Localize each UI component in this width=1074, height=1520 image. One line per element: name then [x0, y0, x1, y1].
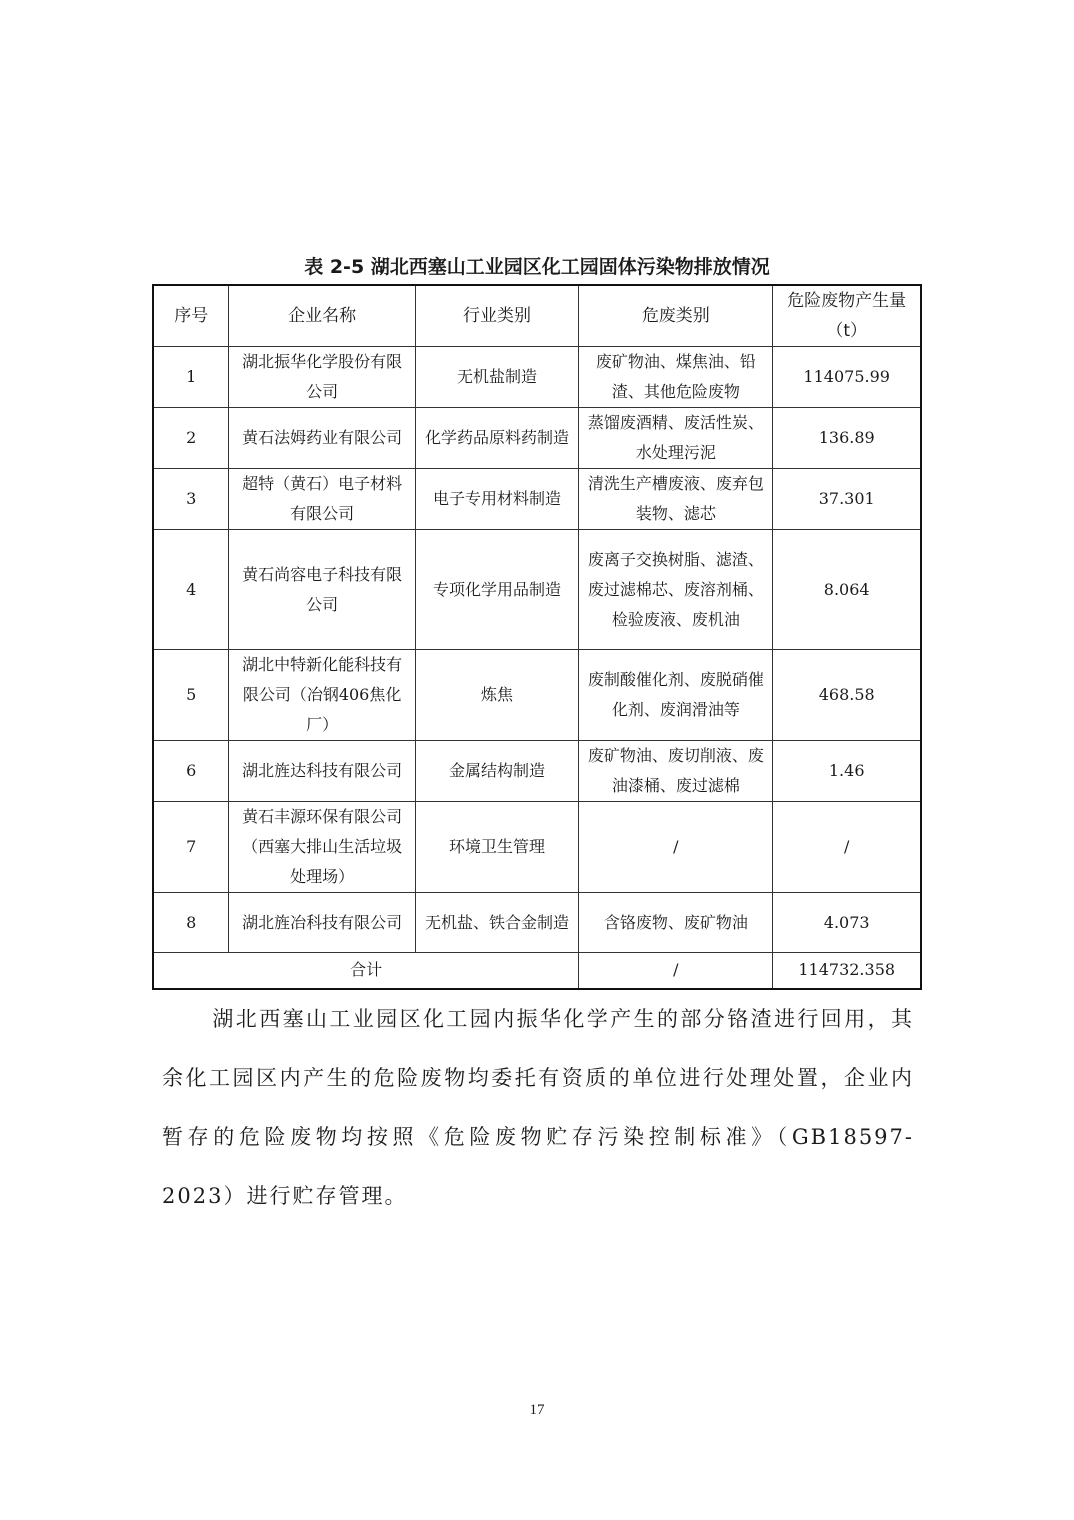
cell-industry: 无机盐、铁合金制造: [415, 893, 579, 953]
cell-industry: 炼焦: [415, 650, 579, 741]
body-paragraph: 湖北西塞山工业园区化工园内振华化学产生的部分铬渣进行回用，其余化工园区内产生的危…: [162, 990, 914, 1226]
cell-no: 5: [153, 650, 229, 741]
cell-company: 湖北旌冶科技有限公司: [229, 893, 415, 953]
cell-no: 3: [153, 469, 229, 530]
page-number: 17: [0, 1402, 1074, 1419]
cell-no: 6: [153, 741, 229, 802]
cell-no: 1: [153, 347, 229, 408]
cell-company: 湖北振华化学股份有限公司: [229, 347, 415, 408]
cell-industry: 无机盐制造: [415, 347, 579, 408]
cell-company: 超特（黄石）电子材料有限公司: [229, 469, 415, 530]
cell-waste: 蒸馏废酒精、废活性炭、水处理污泥: [579, 408, 773, 469]
table-row: 7 黄石丰源环保有限公司（西塞大排山生活垃圾处理场） 环境卫生管理 / /: [153, 802, 921, 893]
table-caption: 表 2-5 湖北西塞山工业园区化工园固体污染物排放情况: [0, 252, 1074, 279]
table-row: 4 黄石尚容电子科技有限公司 专项化学用品制造 废离子交换树脂、滤渣、废过滤棉芯…: [153, 530, 921, 650]
table-row: 8 湖北旌冶科技有限公司 无机盐、铁合金制造 含铬废物、废矿物油 4.073: [153, 893, 921, 953]
header-no: 序号: [153, 285, 229, 347]
cell-waste: /: [579, 802, 773, 893]
total-amount: 114732.358: [773, 953, 921, 989]
waste-table: 序号 企业名称 行业类别 危废类别 危险废物产生量（t） 1 湖北振华化学股份有…: [152, 284, 922, 990]
cell-no: 2: [153, 408, 229, 469]
total-label: 合计: [153, 953, 579, 989]
cell-amount: 468.58: [773, 650, 921, 741]
table-row: 3 超特（黄石）电子材料有限公司 电子专用材料制造 清洗生产槽废液、废弃包装物、…: [153, 469, 921, 530]
cell-waste: 清洗生产槽废液、废弃包装物、滤芯: [579, 469, 773, 530]
cell-amount: /: [773, 802, 921, 893]
header-industry: 行业类别: [415, 285, 579, 347]
cell-industry: 专项化学用品制造: [415, 530, 579, 650]
table-row: 5 湖北中特新化能科技有限公司（冶钢406焦化厂） 炼焦 废制酸催化剂、废脱硝催…: [153, 650, 921, 741]
cell-no: 8: [153, 893, 229, 953]
cell-company: 黄石法姆药业有限公司: [229, 408, 415, 469]
cell-waste: 废矿物油、煤焦油、铅渣、其他危险废物: [579, 347, 773, 408]
cell-company: 黄石丰源环保有限公司（西塞大排山生活垃圾处理场）: [229, 802, 415, 893]
cell-no: 4: [153, 530, 229, 650]
table-row: 6 湖北旌达科技有限公司 金属结构制造 废矿物油、废切削液、废油漆桶、废过滤棉 …: [153, 741, 921, 802]
cell-industry: 化学药品原料药制造: [415, 408, 579, 469]
cell-industry: 金属结构制造: [415, 741, 579, 802]
cell-company: 湖北旌达科技有限公司: [229, 741, 415, 802]
cell-amount: 1.46: [773, 741, 921, 802]
table-total-row: 合计 / 114732.358: [153, 953, 921, 989]
header-company: 企业名称: [229, 285, 415, 347]
cell-amount: 4.073: [773, 893, 921, 953]
table-row: 2 黄石法姆药业有限公司 化学药品原料药制造 蒸馏废酒精、废活性炭、水处理污泥 …: [153, 408, 921, 469]
cell-industry: 环境卫生管理: [415, 802, 579, 893]
cell-waste: 废制酸催化剂、废脱硝催化剂、废润滑油等: [579, 650, 773, 741]
total-waste: /: [579, 953, 773, 989]
table-header-row: 序号 企业名称 行业类别 危废类别 危险废物产生量（t）: [153, 285, 921, 347]
cell-amount: 136.89: [773, 408, 921, 469]
cell-no: 7: [153, 802, 229, 893]
cell-company: 黄石尚容电子科技有限公司: [229, 530, 415, 650]
cell-company: 湖北中特新化能科技有限公司（冶钢406焦化厂）: [229, 650, 415, 741]
cell-waste: 废矿物油、废切削液、废油漆桶、废过滤棉: [579, 741, 773, 802]
cell-amount: 37.301: [773, 469, 921, 530]
cell-waste: 废离子交换树脂、滤渣、废过滤棉芯、废溶剂桶、检验废液、废机油: [579, 530, 773, 650]
table-row: 1 湖北振华化学股份有限公司 无机盐制造 废矿物油、煤焦油、铅渣、其他危险废物 …: [153, 347, 921, 408]
cell-industry: 电子专用材料制造: [415, 469, 579, 530]
header-waste-type: 危废类别: [579, 285, 773, 347]
paragraph-text: 湖北西塞山工业园区化工园内振华化学产生的部分铬渣进行回用，其余化工园区内产生的危…: [162, 1007, 914, 1208]
cell-amount: 114075.99: [773, 347, 921, 408]
cell-waste: 含铬废物、废矿物油: [579, 893, 773, 953]
header-amount: 危险废物产生量（t）: [773, 285, 921, 347]
cell-amount: 8.064: [773, 530, 921, 650]
